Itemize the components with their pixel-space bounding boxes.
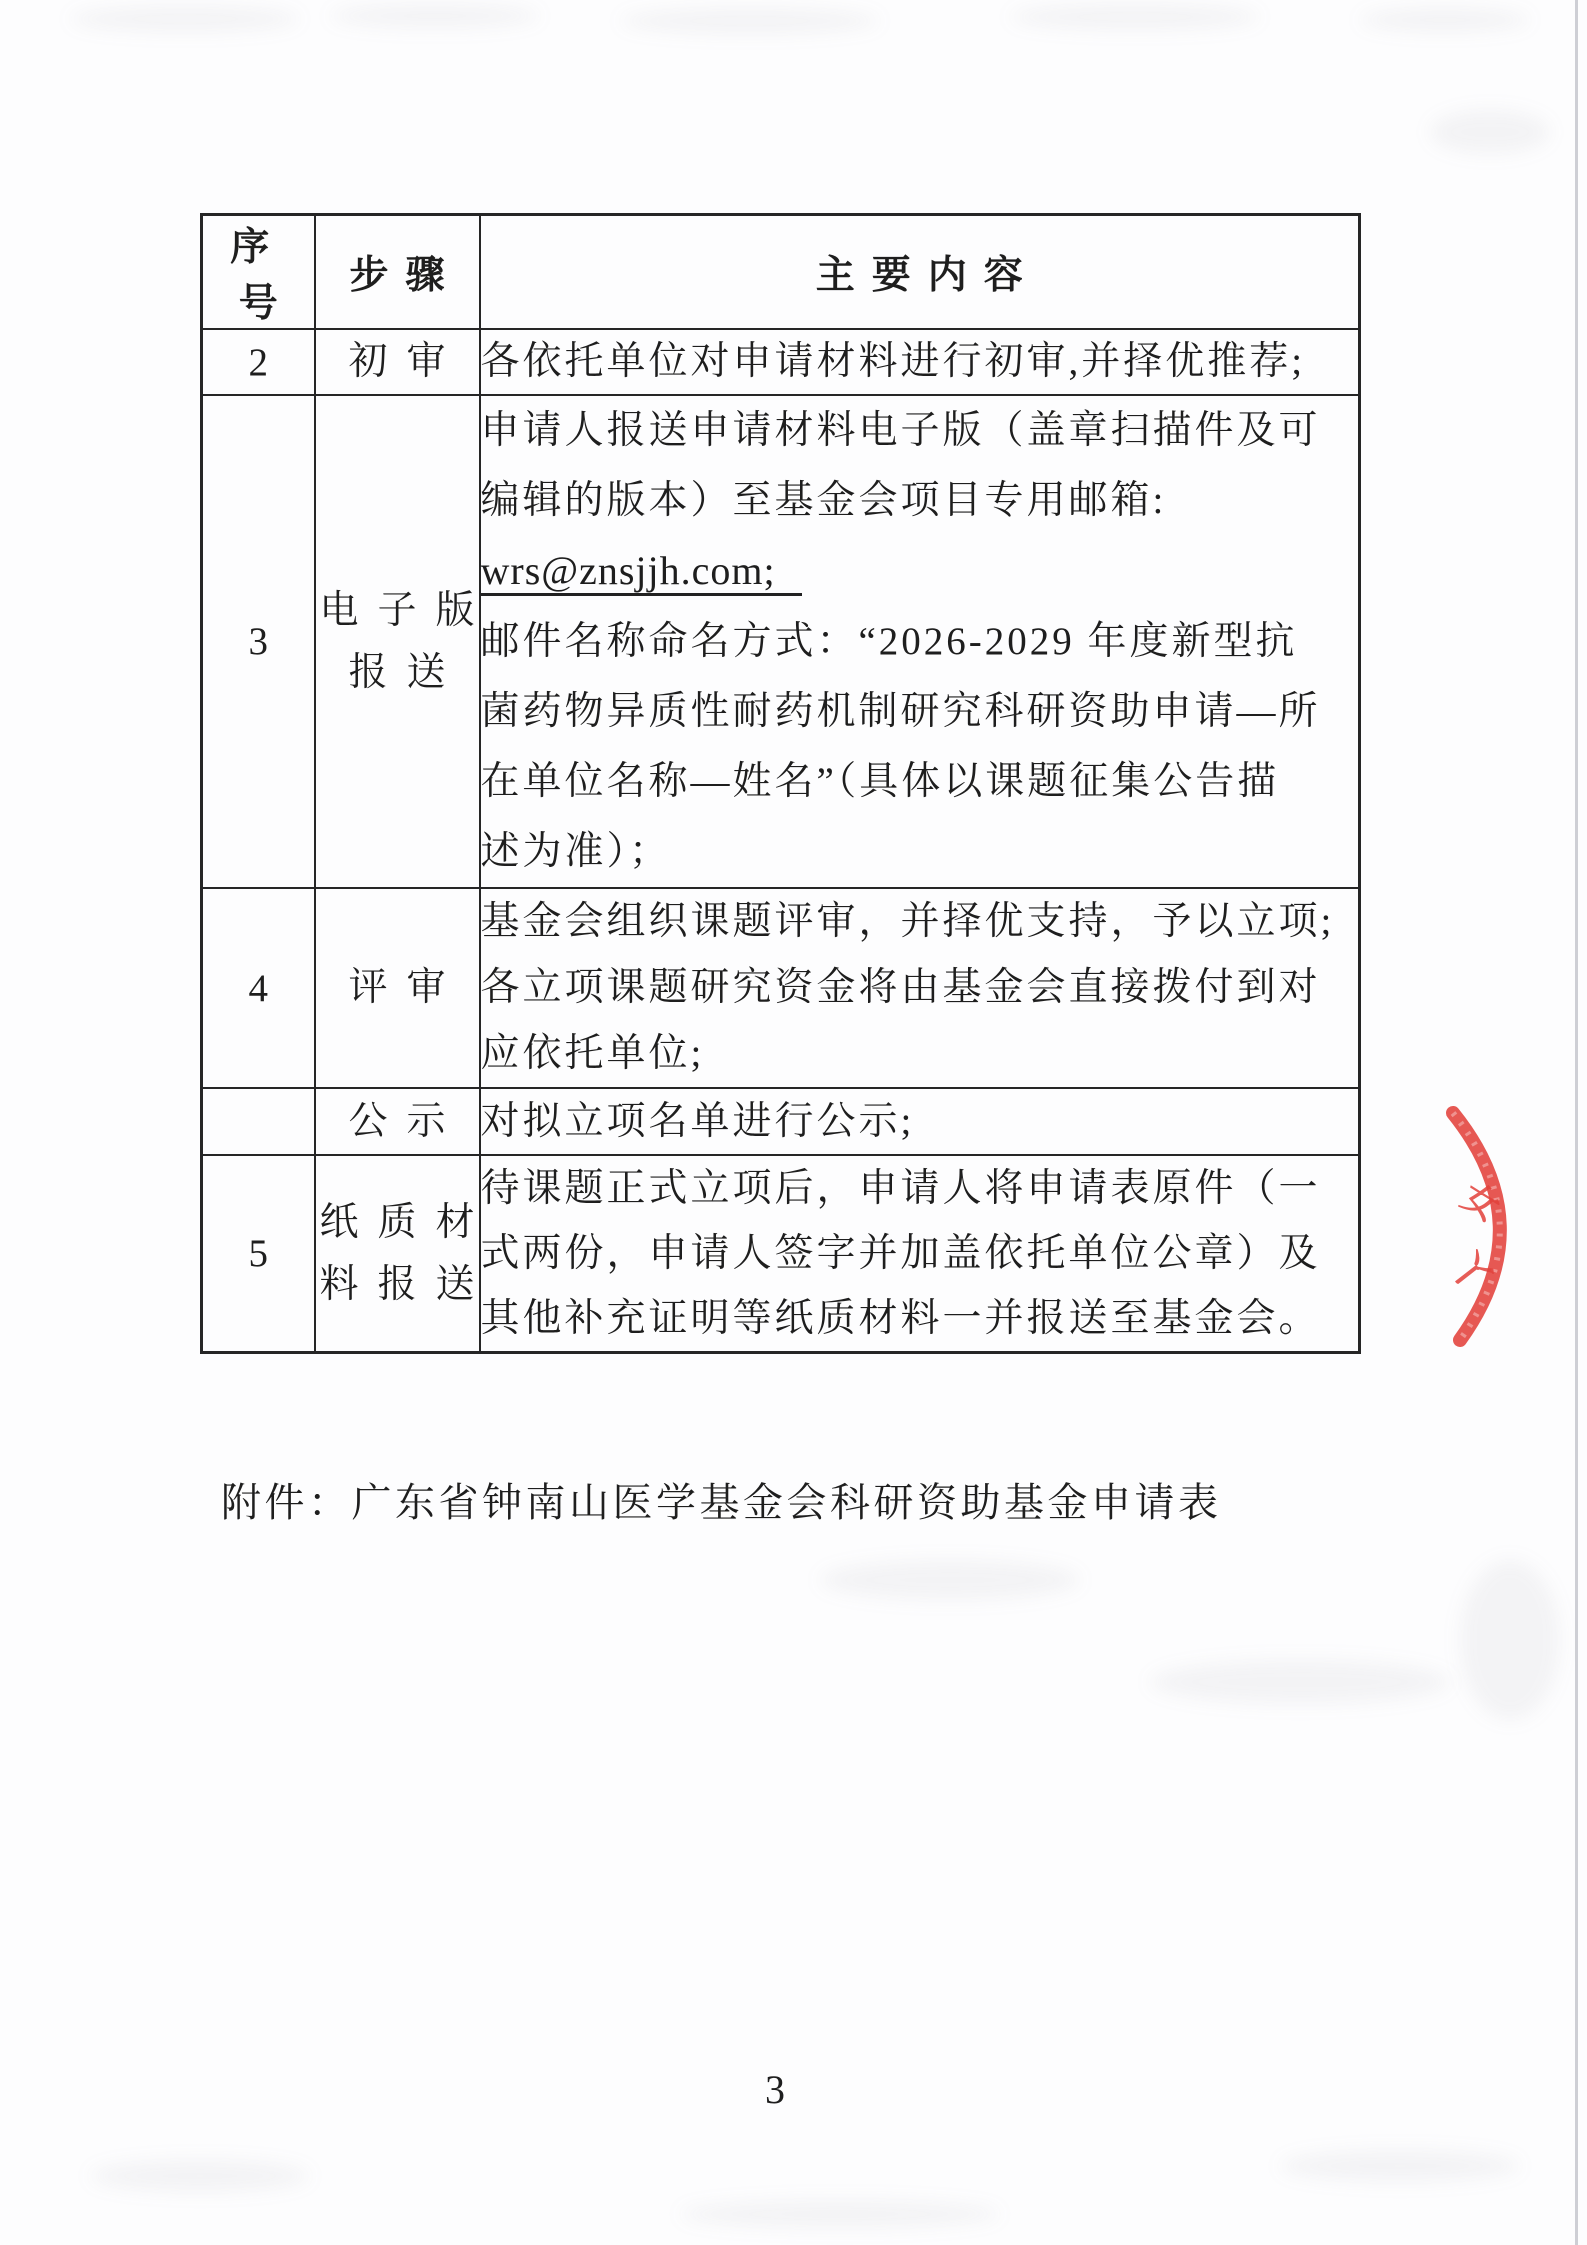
- row-number: 4: [202, 888, 315, 1088]
- row-number: [202, 1088, 315, 1155]
- scan-noise: [1430, 110, 1550, 154]
- table-row: 3 电子版 报送 申请人报送申请材料电子版（盖章扫描件及可 编辑的版本）至基金会…: [202, 395, 1360, 888]
- row-step: 纸质材 料报送: [315, 1155, 480, 1353]
- row-content: 基金会组织课题评审，并择优支持，予以立项; 各立项课题研究资金将由基金会直接拨付…: [480, 888, 1360, 1088]
- table-row: 4 评审 基金会组织课题评审，并择优支持，予以立项; 各立项课题研究资金将由基金…: [202, 888, 1360, 1088]
- attachment-note: 附件：广东省钟南山医学基金会科研资助基金申请表: [221, 1471, 1222, 1528]
- scanned-document-page: { "colors": { "text": "#1e1e1e", "border…: [0, 0, 1587, 2245]
- table-row: 5 纸质材 料报送 待课题正式立项后，申请人将申请表原件（一 式两份，申请人签字…: [202, 1155, 1360, 1353]
- scan-noise: [70, 6, 300, 32]
- steps-table: 序号 步骤 主要内容 2 初审 各依托单位对申请材料进行初审,并择优推荐; 3 …: [200, 213, 1361, 1354]
- header-content: 主要内容: [480, 215, 1360, 330]
- email-address: wrs@znsjjh.com;: [481, 536, 1359, 607]
- page-edge-line: [1575, 0, 1578, 2245]
- procedure-table: 序号 步骤 主要内容 2 初审 各依托单位对申请材料进行初审,并择优推荐; 3 …: [200, 213, 1358, 1354]
- row-number: 2: [202, 329, 315, 395]
- row-content: 待课题正式立项后，申请人将申请表原件（一 式两份，申请人签字并加盖依托单位公章）…: [480, 1155, 1360, 1353]
- scan-noise: [1280, 2150, 1520, 2182]
- scan-noise: [1010, 4, 1260, 30]
- table-row: 2 初审 各依托单位对申请材料进行初审,并择优推荐;: [202, 329, 1360, 395]
- header-step: 步骤: [315, 215, 480, 330]
- row-number: 3: [202, 395, 315, 888]
- page-number: 3: [735, 2066, 815, 2113]
- row-step: 评审: [315, 888, 480, 1088]
- row-step: 初审: [315, 329, 480, 395]
- table-header-row: 序号 步骤 主要内容: [202, 215, 1360, 330]
- table-row: 公示 对拟立项名单进行公示;: [202, 1088, 1360, 1155]
- row-step: 电子版 报送: [315, 395, 480, 888]
- scan-noise: [90, 2160, 310, 2192]
- scan-noise: [1150, 1660, 1450, 1704]
- scan-noise: [620, 8, 880, 34]
- row-content: 申请人报送申请材料电子版（盖章扫描件及可 编辑的版本）至基金会项目专用邮箱: w…: [480, 395, 1360, 888]
- scan-noise: [1360, 8, 1530, 32]
- seal-arc: [1453, 1113, 1500, 1340]
- row-number: 5: [202, 1155, 315, 1353]
- row-step: 公示: [315, 1088, 480, 1155]
- scan-noise: [1460, 1560, 1560, 1720]
- red-seal-stamp: 女 丫: [1385, 1075, 1525, 1375]
- header-seq: 序号: [202, 215, 315, 330]
- scan-noise: [330, 4, 540, 28]
- row-content: 对拟立项名单进行公示;: [480, 1088, 1360, 1155]
- scan-noise: [820, 1560, 1080, 1600]
- row-content: 各依托单位对申请材料进行初审,并择优推荐;: [480, 329, 1360, 395]
- scan-noise: [680, 2200, 1000, 2228]
